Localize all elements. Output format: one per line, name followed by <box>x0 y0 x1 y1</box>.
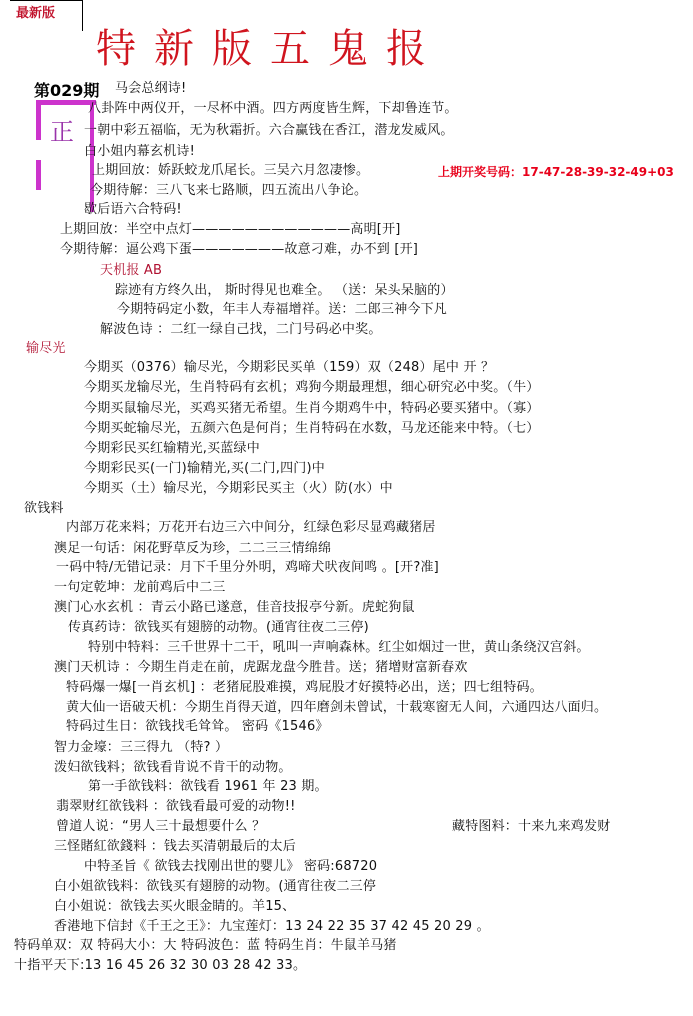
yuqianliao-line: 一句定乾坤：龙前鸡后中二三 <box>54 580 226 596</box>
edition-badge: 最新版 <box>16 2 55 21</box>
poem-line: 八卦阵中两仪开，一尽杯中酒。四方两度皆生辉，下却鲁连节。 <box>88 101 458 117</box>
shujinguang-line: 今期买蛇输尽光，五颜六色是何肖；生肖特码在水数，马龙还能来中特。（七） <box>84 421 540 437</box>
shujinguang-line: 今期彩民买(一门)输精光,买(二门,四门)中 <box>84 461 325 477</box>
xiehouyu-last-review: 上期回放：半空中点灯————————————高明[开] <box>60 222 401 238</box>
yuqianliao-line: 黄大仙一语破天机：今期生肖得天道，四年磨剑未曾试，十载寒窗无人间，六通四达八面归… <box>66 700 607 716</box>
yuqianliao-line: 第一手欲钱料：欲钱看 1961 年 23 期。 <box>88 779 328 795</box>
yuqianliao-line: 泼妇欲钱料；欲钱看肯说不肯干的动物。 <box>54 760 292 776</box>
bracket-decoration-top <box>36 100 96 105</box>
yuqianliao-line: 白小姐说：欲钱去买火眼金睛的。羊15、 <box>54 899 295 915</box>
yuqianliao-line: 特码爆一爆[一肖玄机] ：老猪屁股难摸，鸡屁股才好摸特必出，送；四七组特码。 <box>66 680 543 696</box>
poem-heading: 马会总纲诗! <box>115 81 186 97</box>
issue-number: 第029期 <box>34 78 99 101</box>
bracket-decoration-left <box>36 100 41 140</box>
insider-poem-heading: 白小姐内幕玄机诗! <box>84 144 195 160</box>
tianji-line: 今期特码定小数，年丰人寿福增祥。送：二郎三神今下凡 <box>117 302 447 318</box>
yuqianliao-line: 曾道人说：“男人三十最想要什么 ？ <box>56 819 265 835</box>
tianji-heading: 天机报 AB <box>100 263 162 279</box>
shujinguang-line: 今期买（0376）输尽光，今期彩民买单（159）双（248）尾中 开 ？ <box>84 360 494 376</box>
shujinguang-line: 今期彩民买红输精光,买蓝绿中 <box>84 441 260 457</box>
yuqianliao-line: 特码过生日：欲钱找毛耸耸。 密码《1546》 <box>66 719 329 735</box>
yuqianliao-side-note: 藏特图料：十来九来鸡发财 <box>452 819 610 835</box>
last-draw-result: 上期开奖号码：17-47-28-39-32-49+03 <box>438 163 674 180</box>
xiehouyu-heading: 歇后语六合特码! <box>84 202 182 218</box>
bracket-decoration-left-lower <box>36 160 41 190</box>
shujinguang-line: 今期买（土）输尽光，今期彩民买主（火）防(水）中 <box>84 481 393 497</box>
yuqianliao-line: 白小姐欲钱料：欲钱买有翅膀的动物。(通宵往夜二三停 <box>54 879 376 895</box>
insider-current: 今期待解：三八飞来七路顺，四五流出八争论。 <box>90 183 367 199</box>
shujinguang-heading: 输尽光 <box>26 341 66 357</box>
yuqianliao-line: 一码中特/无错记录：月下千里分外明，鸡啼犬吠夜间鸣 。[开?准] <box>56 560 439 576</box>
summary-attributes: 特码单双：双 特码大小：大 特码波色：蓝 特码生肖：牛鼠羊马猪 <box>14 938 397 954</box>
page-title: 特新版五鬼报 <box>96 26 444 72</box>
side-character: 正 <box>50 112 74 147</box>
shujinguang-line: 今期买鼠输尽光，买鸡买猪无希望。生肖今期鸡牛中，特码必要买猪中。（寡） <box>84 401 540 417</box>
yuqianliao-heading: 欲钱料 <box>24 501 64 517</box>
yuqianliao-line: 翡翠财红欲钱料 ：欲钱看最可爱的动物!! <box>56 799 296 815</box>
summary-numbers: 十指平天下:13 16 45 26 32 30 03 28 42 33。 <box>14 958 306 974</box>
yuqianliao-line: 内部万花来料；万花开右边三六中间分，红绿色彩尽显鸡藏猪居 <box>66 520 436 536</box>
last-draw-numbers: 17-47-28-39-32-49+03 <box>522 165 674 179</box>
yuqianliao-line: 特别中特料：三千世界十二干，吼叫一声响森林。红尘如烟过一世，黄山条绕汉宫斜。 <box>88 640 590 656</box>
shujinguang-line: 今期买龙输尽光，生肖特码有玄机；鸡狗今期最理想，细心研究必中奖。（牛） <box>84 380 540 396</box>
yuqianliao-line: 传真药诗：欲钱买有翅膀的动物。(通宵往夜二三停) <box>68 620 369 636</box>
insider-last-review: 上期回放：娇跃蛟龙爪尾长。三吴六月忽凄惨。 <box>92 163 369 179</box>
last-draw-label: 上期开奖号码： <box>438 165 522 179</box>
yuqianliao-line: 中特圣旨《 欲钱去找刚出世的婴儿》 密码:68720 <box>84 859 377 875</box>
tianji-line: 踪迹有方终久出， 斯时得见也难全。 （送：呆头呆脑的） <box>115 283 454 299</box>
tianji-line: 解波色诗 ：二红一绿自己找，二门号码必中奖。 <box>100 322 382 338</box>
yuqianliao-line: 智力金壕：三三得九 （特? ） <box>54 740 228 756</box>
xiehouyu-current: 今期待解：逼公鸡下蛋———————故意刁难，办不到 [开] <box>60 242 418 258</box>
yuqianliao-line: 澳足一句话：闲花野草反为珍，二二三三情绵绵 <box>54 541 331 557</box>
yuqianliao-line: 香港地下信封《千王之王》：九宝莲灯：13 24 22 35 37 42 45 2… <box>54 919 490 935</box>
yuqianliao-line: 三怪賭紅欲錢料 ：钱去买清朝最后的太后 <box>54 839 296 855</box>
yuqianliao-line: 澳门天机诗 ：今期生肖走在前，虎踞龙盘今胜昔。送；猪增财富新春欢 <box>54 660 468 676</box>
poem-line: 一朝中彩五福临，无为秋霜折。六合赢钱在香江，潜龙发威风。 <box>84 123 454 139</box>
yuqianliao-line: 澳门心水玄机 ：青云小路已遂意，佳音技报亭兮新。虎蛇狗鼠 <box>54 600 415 616</box>
